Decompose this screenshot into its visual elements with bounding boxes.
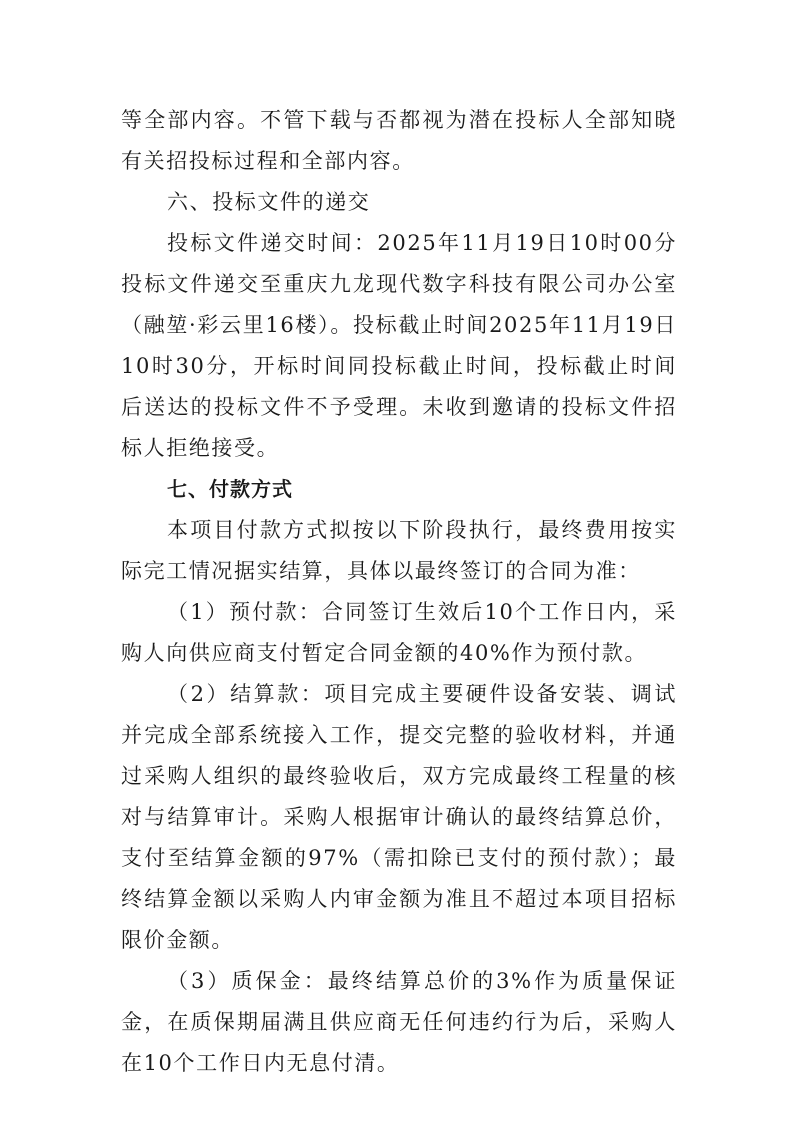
paragraph-payment-intro: 本项目付款方式拟按以下阶段执行，最终费用按实际完工情况据实结算，具体以最终签订的… xyxy=(121,510,677,592)
paragraph-warranty-deposit: （3）质保金：最终结算总价的3%作为质量保证金，在质保期届满且供应商无任何违约行… xyxy=(121,961,677,1084)
paragraph-download-notice: 等全部内容。不管下载与否都视为潜在投标人全部知晓有关招投标过程和全部内容。 xyxy=(121,100,677,182)
section-heading-7: 七、付款方式 xyxy=(121,469,677,510)
document-page: 等全部内容。不管下载与否都视为潜在投标人全部知晓有关招投标过程和全部内容。 六、… xyxy=(121,100,677,1084)
paragraph-settlement-payment: （2）结算款：项目完成主要硬件设备安装、调试并完成全部系统接入工作，提交完整的验… xyxy=(121,674,677,961)
paragraph-advance-payment: （1）预付款：合同签订生效后10个工作日内，采购人向供应商支付暂定合同金额的40… xyxy=(121,592,677,674)
section-heading-6: 六、投标文件的递交 xyxy=(121,182,677,223)
paragraph-submission: 投标文件递交时间：2025年11月19日10时00分投标文件递交至重庆九龙现代数… xyxy=(121,223,677,469)
